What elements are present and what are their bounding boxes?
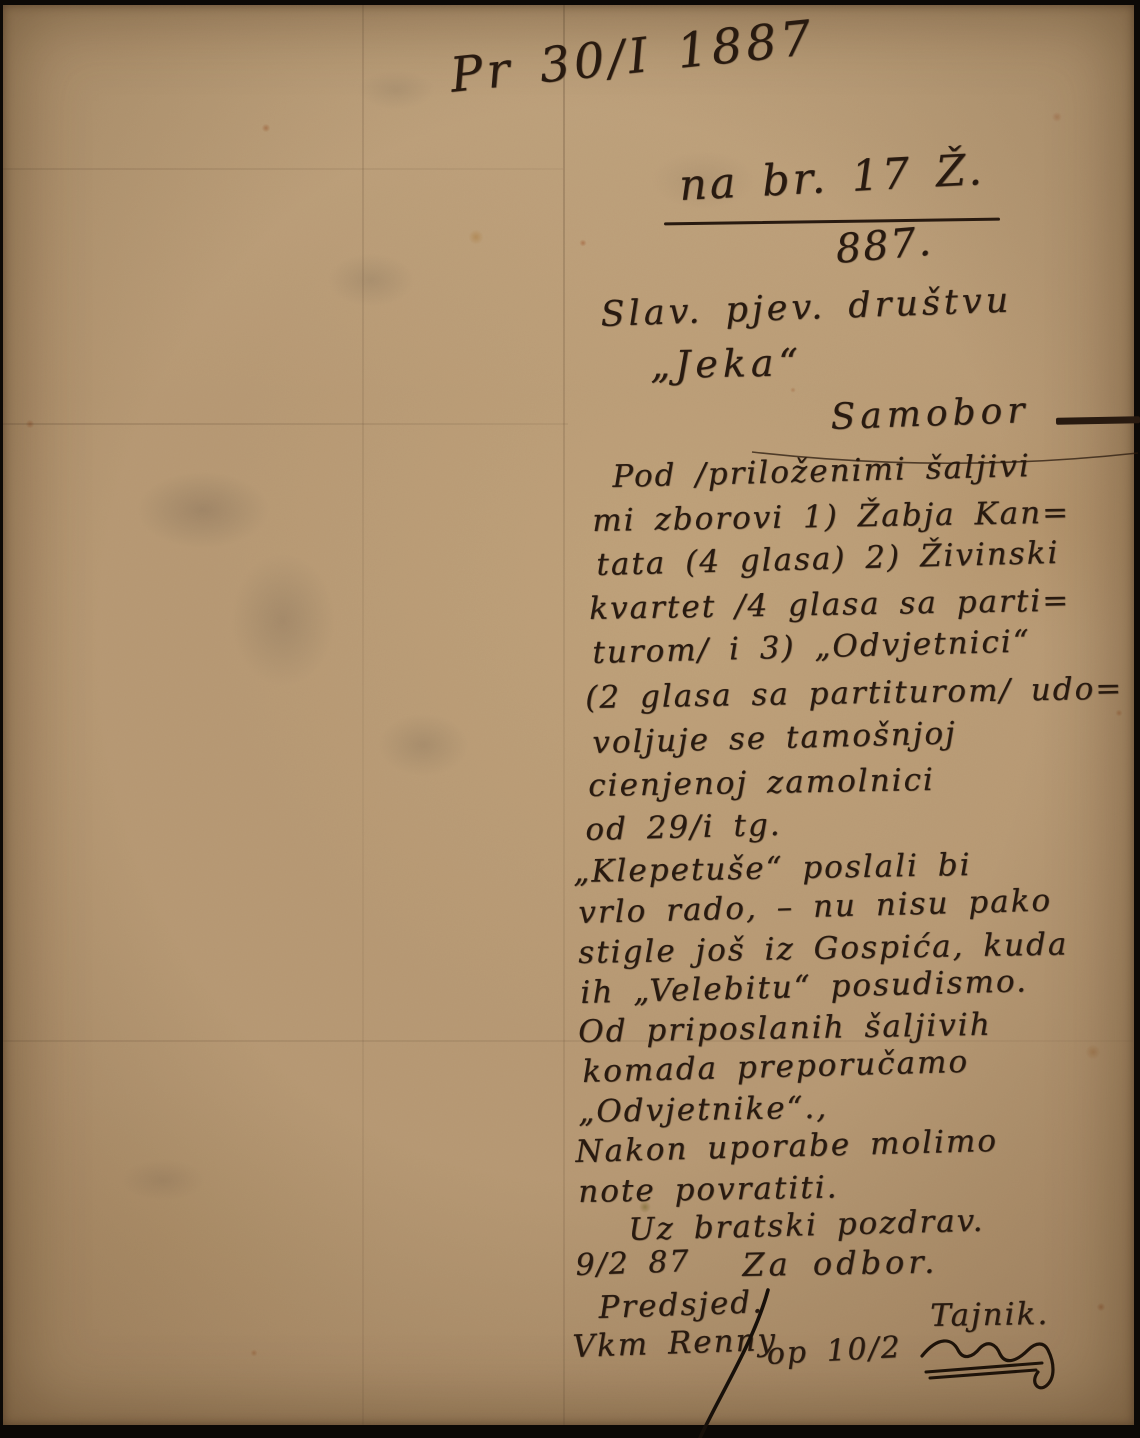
body-line: Uz bratski pozdrav. (628, 1206, 985, 1246)
reference-year: 887. (834, 222, 934, 270)
body-line: „Klepetuše“ poslali bi (573, 850, 972, 888)
closing-for-committee: Za odbor. (742, 1246, 938, 1281)
body-line: stigle još iz Gospića, kuda (578, 929, 1069, 969)
president-signature: Vkm Renny (572, 1325, 778, 1363)
body-line: mi zborovi 1) Žabja Kan= (592, 498, 1070, 537)
body-line: „Odvjetnike“., (578, 1093, 828, 1128)
body-line: cienjenoj zamolnici (588, 765, 935, 802)
body-line: Od priposlanih šaljivih (578, 1010, 992, 1048)
samobor-dash (1056, 416, 1140, 424)
addressee-name: „Jeka“ (650, 343, 803, 384)
body-line: od 29/i tg. (585, 810, 782, 846)
closing-date: 9/2 87 (575, 1247, 691, 1281)
secretary-label: Tajnik. (930, 1299, 1049, 1332)
scanned-letter-page: Pr 30/I 1887 na br. 17 Ž. 887. Slav. pje… (0, 0, 1140, 1438)
closing-date-note: op 10/2 (766, 1333, 903, 1370)
addressee-town: Samobor (830, 393, 1030, 436)
body-line: note povratiti. (578, 1172, 839, 1208)
body-line: kvartet /4 glasa sa parti= (589, 586, 1070, 625)
body-line: (2 glasa sa partiturom/ udo= (585, 674, 1123, 714)
president-label: Predsjed. (598, 1287, 764, 1324)
